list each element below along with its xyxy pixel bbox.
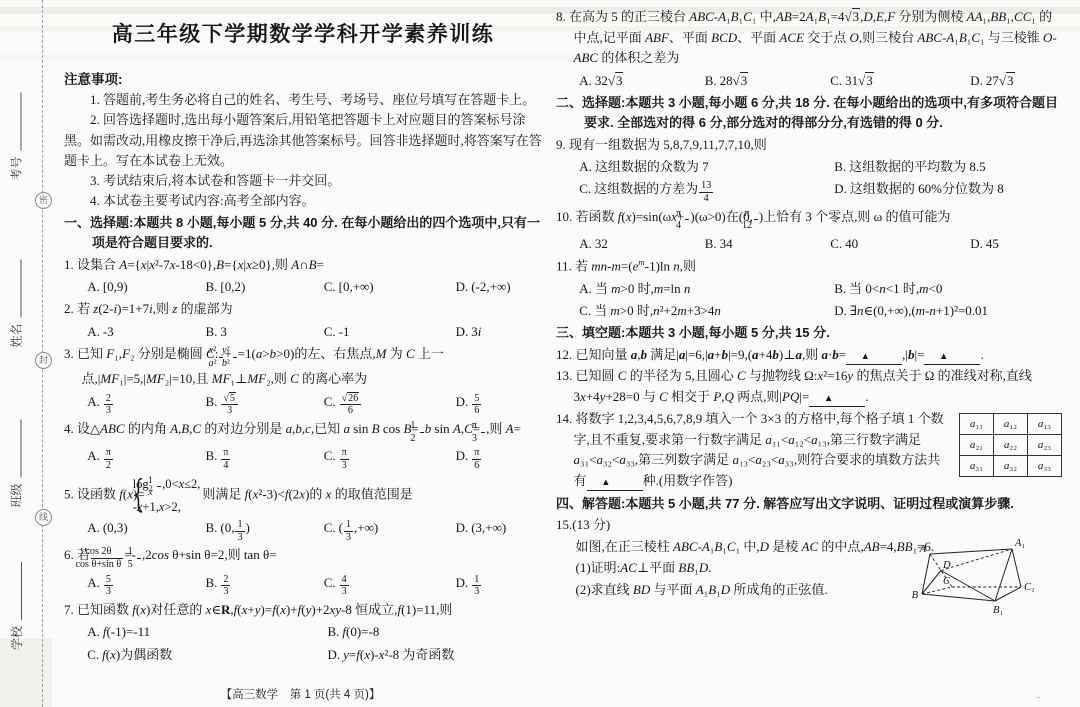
question-with-grid: a₁₁a₁₂a₁₃a₂₁a₂₂a₂₃a₃₁a₃₂a₃₃14. 将数字 1,2,3… [556,408,1062,492]
option-text: 13 [471,575,482,590]
page-footer: 【高三数学 第 1 页(共 4 页)】 [158,686,443,702]
option-text: √53 [220,394,239,409]
option-label: A. [87,575,100,590]
margin-field-line [10,562,21,620]
option-text: 23 [220,575,231,590]
option-item: D.y=f(x)-x²-8 为奇函数 [327,644,542,666]
option-label: D. [327,647,340,662]
option-label: B. [327,624,339,639]
question-line: 12. 已知向量 a,b 满足|a|=6,|a+b|=9,(a+4b)⊥a,则 … [556,345,1062,366]
margin-field-label: 考号 [7,156,24,180]
option-label: C. [324,394,336,409]
option-item: D.(3,+∞) [456,517,542,544]
option-item: C.这组数据的方差为134 [579,178,834,205]
option-text: ∃n∈(0,+∞),(m-n+1)²=0.01 [850,303,988,318]
section-header: 四、解答题:本题共 5 小题,共 77 分. 解答应写出文字说明、证明过程或演算… [556,494,1062,515]
option-text: 这组数据的方差为134 [594,181,714,196]
option-item: A.这组数据的众数为 7 [579,156,834,178]
option-label: A. [87,448,100,463]
option-text: 53 [103,575,114,590]
option-item: A.23 [87,391,205,418]
option-item: B.23 [205,572,323,599]
option-text: (-2,+∞) [471,279,510,294]
option-label: B. [205,324,217,339]
option-label: C. [324,520,336,535]
option-text: (3,+∞) [471,520,506,535]
option-label: A. [579,73,592,88]
option-item: B.[0,2) [205,276,323,298]
option-label: D. [970,73,983,88]
options-row: A.f(-1)=-11B.f(0)=-8C.f(x)为偶函数D.y=f(x)-x… [64,621,542,665]
option-text: 当 m>0 时,n²+2m+3>4n [594,303,721,318]
option-text: f(0)=-8 [342,624,379,639]
page-title: 高三年级下学期数学学科开学素养训练 [64,18,542,48]
margin-field-1: 考号 [8,76,24,181]
options-row: A.这组数据的众数为 7B.这组数据的平均数为 8.5C.这组数据的方差为134… [556,156,1062,205]
option-text: π6 [471,448,482,463]
option-text: 28√3 [720,72,749,88]
section-header: 二、选择题:本题共 3 小题,每小题 6 分,共 18 分. 在每小题给出的选项… [556,93,1062,134]
left-questions: 一、选择题:本题共 8 小题,每小题 5 分,共 40 分. 在每小题给出的四个… [64,213,542,666]
option-item: C.π3 [324,445,456,472]
option-item: D.π6 [456,445,542,472]
option-text: 31√3 [845,72,874,88]
option-label: D. [456,324,469,339]
option-item: D.3i [456,321,542,343]
margin-field-label: 姓名 [7,323,24,347]
option-text: 34 [720,236,733,251]
option-label: C. [324,575,336,590]
option-label: C. [324,448,336,463]
option-item: C.[0,+∞) [324,276,456,298]
option-item: A.(0,3) [87,517,205,544]
question-line: 10. 若函数 f(x)=sin(ωx+π4)(ω>0)在(0,π12)上恰有 … [556,207,1062,232]
option-text: f(x)为偶函数 [102,647,172,662]
option-item: A.-3 [87,321,205,343]
option-text: y=f(x)-x²-8 为奇函数 [343,647,454,662]
vertex-label-a: A [919,544,927,555]
section-header: 一、选择题:本题共 8 小题,每小题 5 分,共 40 分. 在每小题给出的四个… [64,213,542,254]
option-label: A. [579,281,592,296]
options-row: A.当 m>0 时,m=ln nB.当 0<n<1 时,m<0C.当 m>0 时… [556,278,1062,322]
option-item: D.这组数据的 60%分位数为 8 [834,178,1062,205]
option-item: A.当 m>0 时,m=ln n [579,278,834,300]
option-label: B. [205,279,217,294]
margin-field-line [10,419,21,477]
seal-char-2: 封 [35,352,52,369]
right-questions: 8. 在高为 5 的正三棱台 ABC-A₁B₁C₁ 中,AB=2A₁B₁=4√3… [556,7,1062,600]
option-label: D. [456,448,469,463]
option-item: B.(0,13) [205,517,323,544]
notice-item: 1. 答题前,考生务必将自己的姓名、考生号、考场号、座位号填写在答题卡上。 [64,90,542,110]
option-item: D.45 [970,233,1062,255]
option-text: 当 0<n<1 时,m<0 [849,281,942,296]
question-line: 7. 已知函数 f(x)对任意的 x∈R,f(x+y)=f(x)+f(y)+2x… [64,600,542,621]
scan-speck: .. [1036,690,1041,700]
option-text: -1 [339,324,350,339]
option-item: B.当 0<n<1 时,m<0 [834,278,1062,300]
option-label: D. [834,303,847,318]
question-line: 4. 设△ABC 的内角 A,B,C 的对边分别是 a,b,c,已知 a sin… [64,419,542,444]
option-text: 40 [845,236,858,251]
section-header: 三、填空题:本题共 3 小题,每小题 5 分,共 15 分. [556,323,1062,344]
option-label: A. [87,394,100,409]
option-text: 23 [103,394,114,409]
options-row: A.23B.√53C.√266D.56 [64,391,542,418]
option-label: A. [87,324,100,339]
option-item: C.-1 [324,321,456,343]
grid-cell: a₃₃ [1028,456,1062,477]
grid-cell: a₂₃ [1028,435,1062,456]
question-line: 2. 若 z(2-i)=1+7i,则 z 的虚部为 [64,299,542,320]
answer-blank: ▲ [924,352,980,365]
answer-blank: ▲ [809,394,865,407]
notice-item: 2. 回答选择题时,选出每小题答案后,用铅笔把答题卡上对应题目的答案标号涂黑。如… [64,110,542,171]
option-label: B. [205,575,217,590]
question-line: 8. 在高为 5 的正三棱台 ABC-A₁B₁C₁ 中,AB=2A₁B₁=4√3… [556,7,1062,69]
option-text: 当 m>0 时,m=ln n [595,281,691,296]
seal-char-1: 密 [35,192,52,209]
option-text: π4 [220,448,231,463]
option-label: D. [456,520,469,535]
question-line: 5. 设函数 f(x)={log₂ 1x,0<x≤2,-x+1,x>2,则满足 … [64,474,542,517]
option-item: B.√53 [205,391,323,418]
option-item: C.40 [830,233,970,255]
option-text: [0,+∞) [339,279,374,294]
option-item: C.当 m>0 时,n²+2m+3>4n [579,300,834,322]
option-label: C. [324,279,336,294]
grid-cell: a₁₂ [994,414,1028,435]
answer-blank: ▲ [846,352,902,365]
option-text: (13,+∞) [339,520,379,535]
option-label: B. [705,73,717,88]
option-label: D. [456,279,469,294]
margin-field-line [10,92,21,150]
option-text: [0,9) [103,279,128,294]
option-label: C. [579,181,591,196]
option-label: B. [205,520,217,535]
option-item: B.这组数据的平均数为 8.5 [834,156,1062,178]
option-item: C.(13,+∞) [324,517,456,544]
options-row: A.-3B.3C.-1D.3i [64,321,542,343]
grid-cell: a₂₁ [960,435,994,456]
option-item: A.π2 [87,445,205,472]
option-text: 这组数据的平均数为 8.5 [849,159,986,174]
option-label: B. [205,448,217,463]
seal-char-3: 线 [35,509,52,526]
option-text: π3 [339,448,350,463]
question-line: 6. 若cos 2θcos θ+sin θ=-15,2cos θ+sin θ=2… [64,545,542,570]
notice-item: 4. 本试卷主要考试内容:高考全部内容。 [64,191,542,211]
grid-cell: a₃₂ [994,456,1028,477]
option-label: A. [579,236,592,251]
option-item: D.∃n∈(0,+∞),(m-n+1)²=0.01 [834,300,1062,322]
notice-item: 3. 考试结束后,将本试卷和答题卡一并交回。 [64,171,542,191]
options-row: A.(0,3)B.(0,13)C.(13,+∞)D.(3,+∞) [64,517,542,544]
left-column: 高三年级下学期数学学科开学素养训练 注意事项: 1. 答题前,考生务必将自己的姓… [64,12,542,667]
option-label: A. [87,520,100,535]
question-line: 3. 已知 F₁,F₂ 分别是椭圆 C:x²a²+y²b²=1(a>b>0)的左… [64,344,542,390]
option-text: 32 [595,236,608,251]
option-text: (0,3) [103,520,128,535]
options-row: A.π2B.π4C.π3D.π6 [64,445,542,472]
option-item: C.√266 [324,391,456,418]
option-text: 45 [986,236,999,251]
prism-solid-edges [922,549,1021,601]
q14-grid: a₁₁a₁₂a₁₃a₂₁a₂₂a₂₃a₃₁a₃₂a₃₃ [959,413,1062,477]
right-column: 8. 在高为 5 的正三棱台 ABC-A₁B₁C₁ 中,AB=2A₁B₁=4√3… [556,6,1062,601]
margin-field-3: 班级 [8,403,24,508]
options-row: A.32B.34C.40D.45 [556,233,1062,255]
option-text: √266 [339,394,363,409]
answer-blank: ▲ [587,478,643,491]
grid-cell: a₂₂ [994,435,1028,456]
option-text: -3 [103,324,114,339]
grid-cell: a₃₁ [960,456,994,477]
option-label: D. [456,575,469,590]
option-text: 32√3 [595,72,624,88]
vertex-label-b1: B₁ [993,605,1003,616]
notice-list: 1. 答题前,考生务必将自己的姓名、考生号、考场号、座位号填写在答题卡上。2. … [64,90,542,212]
vertex-label-c: C [943,576,951,587]
option-item: D.56 [456,391,542,418]
exam-page: 密封线 考号姓名班级学校 高三年级下学期数学学科开学素养训练 注意事项: 1. … [0,0,1080,707]
option-item: B.f(0)=-8 [327,621,542,643]
option-text: 这组数据的 60%分位数为 8 [850,181,1004,196]
option-label: B. [705,236,717,251]
option-item: B.π4 [205,445,323,472]
option-item: D.27√3 [970,70,1062,92]
margin-field-label: 学校 [7,626,24,650]
option-item: A.32 [579,233,705,255]
option-item: B.28√3 [705,70,831,92]
option-item: B.34 [705,233,831,255]
option-label: D. [834,181,847,196]
option-text: 43 [339,575,350,590]
question-line: 1. 设集合 A={x|x²-7x-18<0},B={x|x≥0},则 A∩B= [64,255,542,276]
option-label: C. [830,73,842,88]
option-text: 这组数据的众数为 7 [595,159,709,174]
option-label: D. [970,236,983,251]
margin-field-line [10,259,21,317]
option-label: B. [205,394,217,409]
option-item: A.[0,9) [87,276,205,298]
q15-prism-figure: A A₁ B B₁ C C₁ D [890,532,1080,634]
option-text: f(-1)=-11 [103,624,150,639]
option-text: 56 [471,394,482,409]
option-item: C.43 [324,572,456,599]
option-item: D.(-2,+∞) [456,276,542,298]
vertex-label-c1: C₁ [1024,582,1035,593]
option-label: C. [324,324,336,339]
option-item: A.f(-1)=-11 [87,621,327,643]
option-label: B. [834,281,846,296]
vertex-label-d: D [942,560,951,571]
option-label: B. [834,159,846,174]
question-line: 13. 已知圆 C 的半径为 5,且圆心 C 与抛物线 Ω:x²=16y 的焦点… [556,366,1062,407]
margin-field-2: 姓名 [8,233,24,348]
option-item: A.53 [87,572,205,599]
option-text: 3 [220,324,227,339]
option-text: 3i [471,324,481,339]
vertex-label-b: B [912,590,919,601]
option-label: A. [579,159,592,174]
grid-cell: a₁₃ [1028,414,1062,435]
option-item: D.13 [456,572,542,599]
question-line: 11. 若 mn-m=(em-1)ln n,则 [556,256,1062,277]
option-label: C. [579,303,591,318]
question-line: 9. 现有一组数据为 5,8,7,9,11,7,7,10,则 [556,135,1062,156]
options-row: A.32√3B.28√3C.31√3D.27√3 [556,70,1062,92]
option-item: A.32√3 [579,70,705,92]
options-row: A.[0,9)B.[0,2)C.[0,+∞)D.(-2,+∞) [64,276,542,298]
option-label: C. [830,236,842,251]
option-text: [0,2) [220,279,245,294]
option-text: 27√3 [986,72,1015,88]
option-label: C. [87,647,99,662]
option-label: A. [87,279,100,294]
option-item: C.31√3 [830,70,970,92]
option-label: A. [87,624,100,639]
option-item: C.f(x)为偶函数 [87,644,327,666]
grid-cell: a₁₁ [960,414,994,435]
option-text: (0,13) [220,520,250,535]
options-row: A.53B.23C.43D.13 [64,572,542,599]
margin-field-label: 班级 [7,483,24,507]
option-text: π2 [103,448,114,463]
notice-heading: 注意事项: [64,68,542,88]
vertex-label-a1: A₁ [1014,538,1025,549]
option-label: D. [456,394,469,409]
margin-field-4: 学校 [8,550,24,650]
option-item: B.3 [205,321,323,343]
